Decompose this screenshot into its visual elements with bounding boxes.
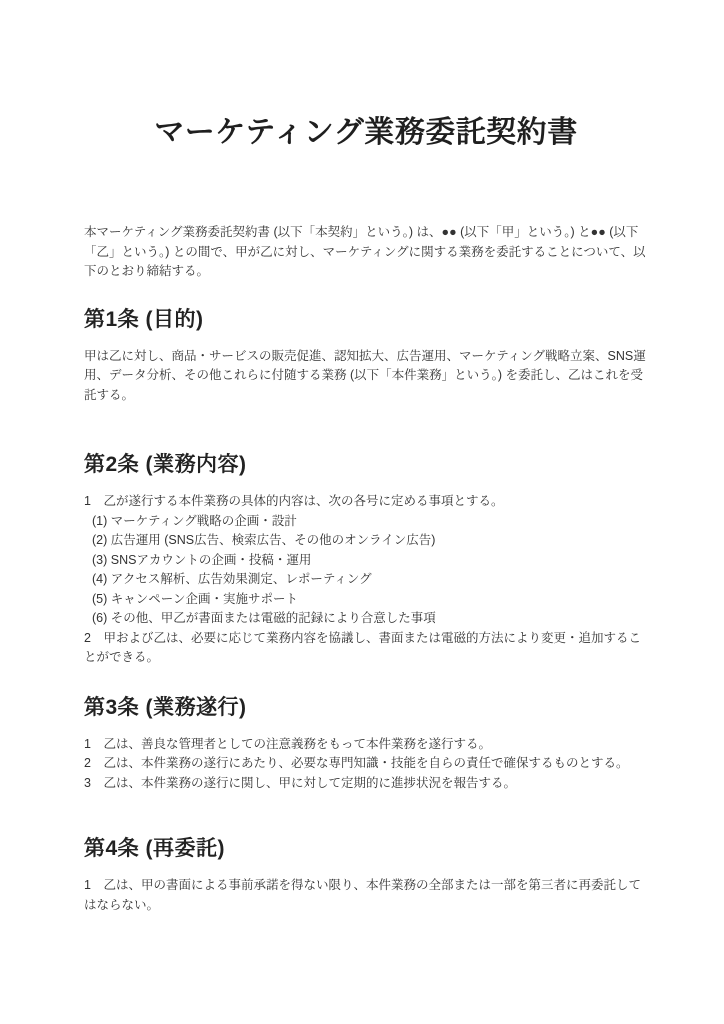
- article-3-clause-2: 2 乙は、本件業務の遂行にあたり、必要な専門知識・技能を自らの責任で確保するもの…: [84, 754, 648, 774]
- article-4-clause-1: 1 乙は、甲の書面による事前承諾を得ない限り、本件業務の全部または一部を第三者に…: [84, 876, 648, 915]
- article-1-paragraph: 甲は乙に対し、商品・サービスの販売促進、認知拡大、広告運用、マーケティング戦略立…: [84, 347, 648, 406]
- article-2-section: 第2条 (業務内容) 1 乙が遂行する本件業務の具体的内容は、次の各号に定める事…: [84, 451, 648, 668]
- article-2-item-3: (3) SNSアカウントの企画・投稿・運用: [84, 551, 648, 571]
- article-2-item-6: (6) その他、甲乙が書面または電磁的記録により合意した事項: [84, 609, 648, 629]
- intro-paragraph: 本マーケティング業務委託契約書 (以下「本契約」という。) は、●● (以下「甲…: [84, 223, 648, 282]
- article-1-body: 甲は乙に対し、商品・サービスの販売促進、認知拡大、広告運用、マーケティング戦略立…: [84, 347, 648, 406]
- article-4-body: 1 乙は、甲の書面による事前承諾を得ない限り、本件業務の全部または一部を第三者に…: [84, 876, 648, 915]
- article-4-heading: 第4条 (再委託): [84, 835, 648, 863]
- article-2-item-2: (2) 広告運用 (SNS広告、検索広告、その他のオンライン広告): [84, 531, 648, 551]
- article-3-heading: 第3条 (業務遂行): [84, 694, 648, 722]
- article-1-heading: 第1条 (目的): [84, 306, 648, 334]
- article-3-body: 1 乙は、善良な管理者としての注意義務をもって本件業務を遂行する。 2 乙は、本…: [84, 735, 648, 794]
- article-2-body: 1 乙が遂行する本件業務の具体的内容は、次の各号に定める事項とする。 (1) マ…: [84, 492, 648, 668]
- article-3-section: 第3条 (業務遂行) 1 乙は、善良な管理者としての注意義務をもって本件業務を遂…: [84, 694, 648, 794]
- article-2-item-4: (4) アクセス解析、広告効果測定、レポーティング: [84, 570, 648, 590]
- article-4-section: 第4条 (再委託) 1 乙は、甲の書面による事前承諾を得ない限り、本件業務の全部…: [84, 835, 648, 915]
- article-2-item-1: (1) マーケティング戦略の企画・設計: [84, 512, 648, 532]
- article-2-item-5: (5) キャンペーン企画・実施サポート: [84, 590, 648, 610]
- document-title: マーケティング業務委託契約書: [84, 113, 648, 153]
- contract-document-page: マーケティング業務委託契約書 本マーケティング業務委託契約書 (以下「本契約」と…: [0, 0, 724, 1024]
- article-2-clause-1: 1 乙が遂行する本件業務の具体的内容は、次の各号に定める事項とする。: [84, 492, 648, 512]
- article-3-clause-3: 3 乙は、本件業務の遂行に関し、甲に対して定期的に進捗状況を報告する。: [84, 774, 648, 794]
- article-3-clause-1: 1 乙は、善良な管理者としての注意義務をもって本件業務を遂行する。: [84, 735, 648, 755]
- article-2-heading: 第2条 (業務内容): [84, 451, 648, 479]
- article-1-section: 第1条 (目的) 甲は乙に対し、商品・サービスの販売促進、認知拡大、広告運用、マ…: [84, 306, 648, 406]
- article-2-clause-2: 2 甲および乙は、必要に応じて業務内容を協議し、書面または電磁的方法により変更・…: [84, 629, 648, 668]
